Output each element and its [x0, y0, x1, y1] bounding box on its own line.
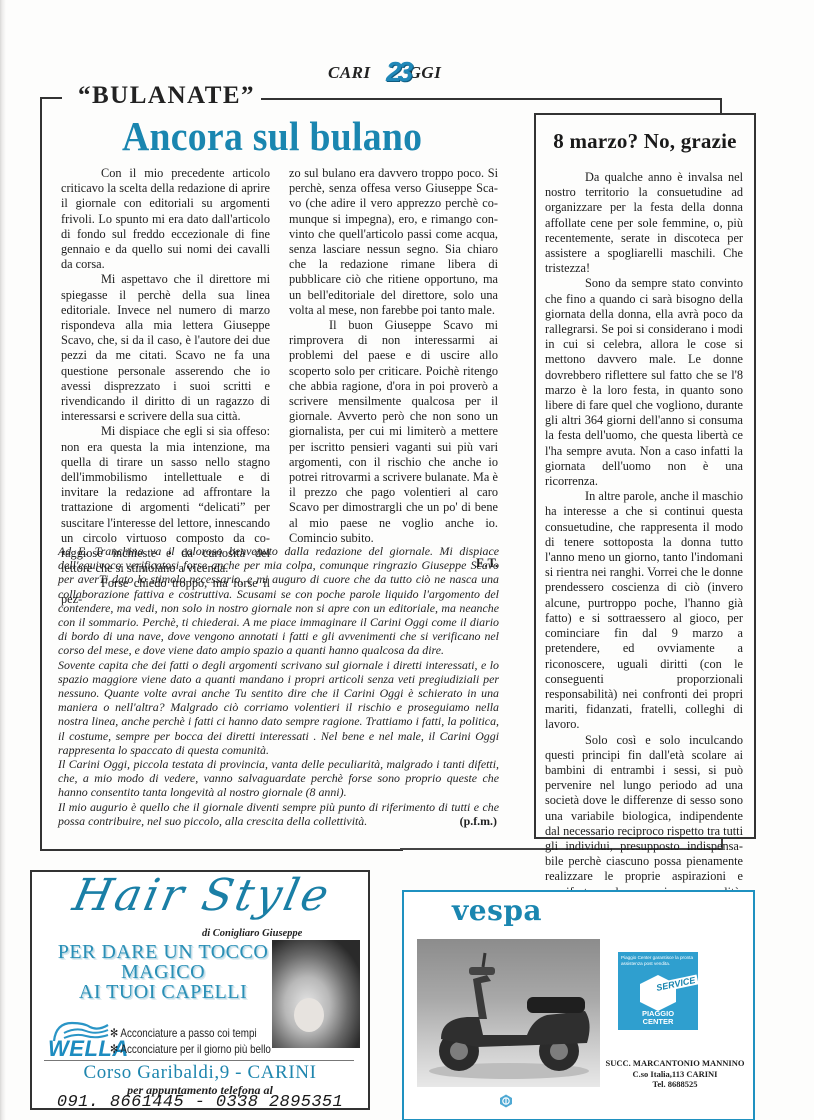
center-line: CENTER [618, 1018, 698, 1026]
hairstyle-phones: 091. 8661445 - 0338 2895351 [32, 1093, 368, 1112]
face-shape [294, 998, 324, 1032]
piaggio-center-label: PIAGGIO CENTER [618, 1010, 698, 1025]
slogan-line: PER DARE UN TOCCO [48, 942, 278, 962]
dealer-name: SUCC. MARCANTONIO MANNINO [600, 1058, 750, 1069]
sidebar-article-title: 8 marzo? No, grazie [536, 129, 754, 154]
masthead-logo: CARIGGI 23 [322, 60, 472, 86]
scan-edge [0, 0, 6, 1120]
dealer-info: SUCC. MARCANTONIO MANNINO C.so Italia,11… [600, 1058, 750, 1090]
dealer-address: C.so Italia,113 CARINI [600, 1069, 750, 1080]
article-paragraph: Mi aspettavo che il direttore mi spie­ga… [61, 272, 270, 424]
sidebar-article-box: 8 marzo? No, grazie Da qualche anno è in… [534, 113, 756, 839]
reply-paragraph: Il Carini Oggi, piccola testata di provi… [58, 757, 499, 800]
hairstyle-title: Hair Style [69, 870, 336, 921]
service-bullet: ✻ Acconciature a passo coi tempi [110, 1026, 257, 1040]
vespa-advertisement: vespa Piaggio Center garantisce la pron­… [402, 890, 755, 1120]
page-number: 23 [386, 56, 409, 88]
reply-paragraph: Sovente capita che dei fatti o degli arg… [58, 658, 499, 757]
reply-signature: (p.f.m.) [460, 814, 497, 828]
frame-divider [720, 98, 722, 113]
hairstyle-slogan: PER DARE UN TOCCO MAGICO AI TUOI CAPELLI [48, 942, 278, 1002]
scooter-icon [417, 939, 600, 1087]
editorial-reply: Ad E. Tranchina va il caloroso benvenuto… [58, 544, 499, 828]
vespa-scooter-photo [417, 939, 600, 1087]
reply-paragraph: Il mio augurio è quello che il giornale … [58, 800, 499, 828]
sidebar-paragraph: Sono da sempre stato convinto che fino a… [545, 276, 743, 489]
article-paragraph: Con il mio precedente articolo criti­cav… [61, 166, 270, 272]
reply-last-text: Il mio augurio è quello che il giornale … [58, 800, 499, 828]
hairstyle-advertisement: Hair Style di Conigliaro Giuseppe PER DA… [30, 870, 370, 1110]
piaggio-service-badge: Piaggio Center garantisce la pron­ta ass… [618, 952, 698, 1030]
frame-divider [40, 97, 42, 851]
slogan-line: MAGICO [48, 962, 278, 982]
article-paragraph: Il buon Giuseppe Scavo mi rimpro­vera di… [289, 318, 498, 546]
vespa-title: vespa [452, 894, 542, 927]
piaggio-logo-icon [499, 1094, 513, 1108]
frame-divider [40, 849, 403, 851]
sidebar-paragraph: Da qualche anno è invalsa nel nostro ter… [545, 170, 743, 276]
frame-divider [40, 97, 62, 99]
sidebar-article-body: Da qualche anno è invalsa nel nostro ter… [545, 170, 743, 984]
sidebar-paragraph: In altre parole, anche il maschio ha int… [545, 489, 743, 732]
article-column-2: zo sul bulano era davvero troppo poco. S… [289, 166, 498, 571]
slogan-line: AI TUOI CAPELLI [48, 982, 278, 1002]
article-paragraph: zo sul bulano era davvero troppo poco. S… [289, 166, 498, 318]
hairstyle-owner: di Conigliaro Giuseppe [202, 928, 302, 939]
hairstyle-address: Corso Garibaldi,9 - CARINI [32, 1062, 368, 1084]
service-note: Piaggio Center garantisce la pron­ta ass… [621, 955, 697, 966]
frame-divider [247, 98, 722, 100]
reply-paragraph: Ad E. Tranchina va il caloroso benvenuto… [58, 544, 499, 658]
masthead-brand: CARIGGI [328, 63, 441, 83]
woman-portrait-photo [272, 940, 360, 1048]
dealer-phone: Tel. 8688525 [600, 1079, 750, 1090]
article-column-1: Con il mio precedente articolo criti­cav… [61, 166, 270, 607]
service-bullet: ✻ Acconciature per il giorno più bello [110, 1042, 271, 1056]
article-headline: Ancora sul bulano [122, 112, 422, 160]
section-label: “BULANATE” [72, 82, 261, 110]
